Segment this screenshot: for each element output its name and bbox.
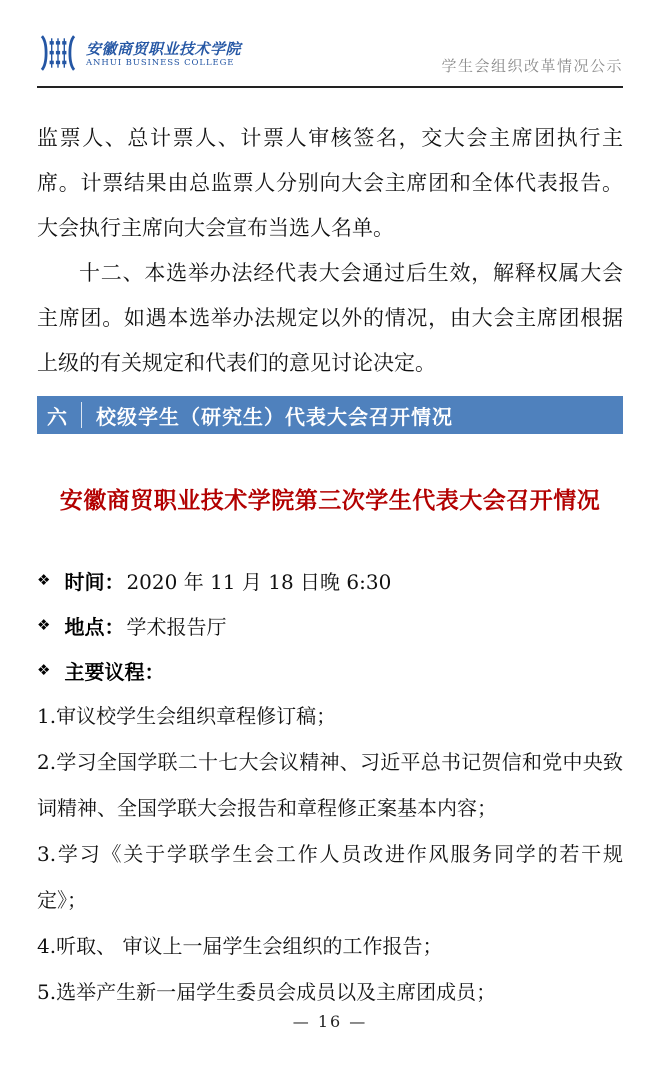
college-logo: 安徽商贸职业技术学院 ANHUI BUSINESS COLLEGE [37,30,241,80]
agenda-item-5: 5.选举产生新一届学生委员会成员以及主席团成员； [37,969,623,1015]
document-title-header: 学生会组织改革情况公示 [441,55,623,80]
meta-row-time: ❖ 时间： 2020 年 11 月 18 日晚 6:30 [37,558,623,603]
meta-list: ❖ 时间： 2020 年 11 月 18 日晚 6:30 ❖ 地点： 学术报告厅… [37,558,623,693]
agenda-item-3: 3.学习《关于学联学生会工作人员改进作风服务同学的若干规定》； [37,831,623,923]
agenda-item-1: 1.审议校学生会组织章程修订稿； [37,693,623,739]
section-title: 校级学生（研究生）代表大会召开情况 [82,401,453,430]
agenda-item-2: 2.学习全国学联二十七大会议精神、习近平总书记贺信和党中央致词精神、全国学联大会… [37,739,623,831]
college-name-en: ANHUI BUSINESS COLLEGE [86,59,241,68]
diamond-bullet-icon: ❖ [37,618,50,633]
meta-row-agenda: ❖ 主要议程： [37,648,623,693]
congress-title: 安徽商贸职业技术学院第三次学生代表大会召开情况 [37,484,623,518]
body-text: 监票人、总计票人、计票人审核签名，交大会主席团执行主席。计票结果由总监票人分别向… [37,116,623,386]
paragraph-vote-counting: 监票人、总计票人、计票人审核签名，交大会主席团执行主席。计票结果由总监票人分别向… [37,116,623,251]
paragraph-article-twelve: 十二、本选举办法经代表大会通过后生效，解释权属大会主席团。如遇本选举办法规定以外… [37,251,623,386]
section-header-bar: 六 校级学生（研究生）代表大会召开情况 [37,396,623,434]
location-label: 地点： [64,611,124,640]
document-page: 安徽商贸职业技术学院 ANHUI BUSINESS COLLEGE 学生会组织改… [0,0,660,1091]
college-logo-icon [37,30,79,80]
page-number: — 16 — [0,1012,660,1031]
time-label: 时间： [64,566,124,595]
college-name-block: 安徽商贸职业技术学院 ANHUI BUSINESS COLLEGE [86,42,241,69]
college-name-zh: 安徽商贸职业技术学院 [86,42,241,58]
page-header: 安徽商贸职业技术学院 ANHUI BUSINESS COLLEGE 学生会组织改… [37,0,623,88]
meta-row-location: ❖ 地点： 学术报告厅 [37,603,623,648]
agenda-list: 1.审议校学生会组织章程修订稿； 2.学习全国学联二十七大会议精神、习近平总书记… [37,693,623,1015]
diamond-bullet-icon: ❖ [37,573,50,588]
time-value: 2020 年 11 月 18 日晚 6:30 [126,566,391,595]
diamond-bullet-icon: ❖ [37,663,50,678]
section-number: 六 [37,401,81,430]
agenda-label: 主要议程： [64,656,164,685]
agenda-item-4: 4.听取、 审议上一届学生会组织的工作报告； [37,923,623,969]
location-value: 学术报告厅 [126,611,226,640]
